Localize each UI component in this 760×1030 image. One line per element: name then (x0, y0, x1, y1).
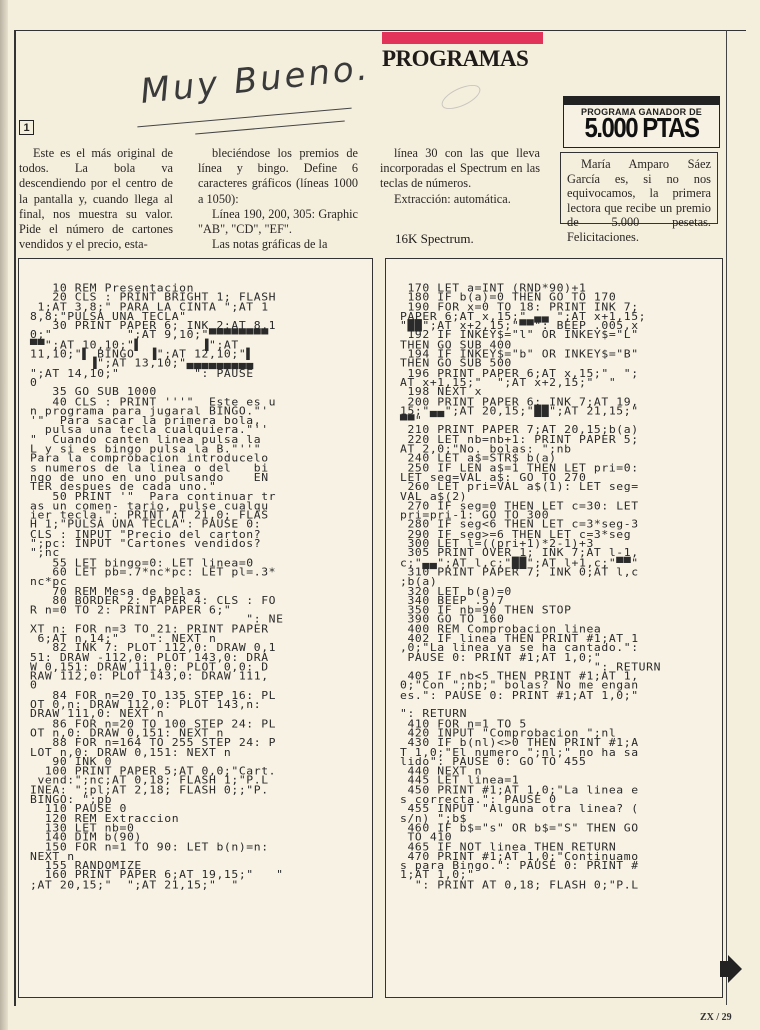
basic-listing-left: 10 REM Presentacion 20 CLS : PRINT BRIGH… (30, 283, 284, 889)
article-paragraph: Este es el más original de todos. La bol… (19, 146, 173, 252)
right-arrow-icon (728, 955, 742, 983)
article-paragraph: Línea 190, 200, 305: Graphic "AB", "CD",… (198, 207, 358, 237)
prize-badge-amount: 5.000 PTAS (564, 115, 719, 143)
article-column-3: línea 30 con las que lleva incorporadas … (380, 146, 540, 207)
basic-listing-right: 170 LET a=INT (RND*90)+1 180 IF b(a)=0 T… (400, 283, 661, 889)
prize-badge: PROGRAMA GANADOR DE 5.000 PTAS (563, 96, 720, 148)
page-folio: ZX / 29 (700, 1012, 732, 1023)
machine-spec: 16K Spectrum. (395, 231, 474, 247)
section-accent-bar (382, 32, 543, 44)
article-paragraph: bleciéndose los premios de línea y bingo… (198, 146, 358, 207)
article-paragraph: Extracción: automática. (380, 192, 540, 207)
article-column-1: Este es el más original de todos. La bol… (19, 146, 173, 252)
page-frame-right-rule (726, 30, 727, 1005)
program-number-badge: 1 (19, 120, 34, 135)
section-title: PROGRAMAS (382, 46, 528, 72)
page-spine (0, 0, 8, 1030)
winner-note-text: María Amparo Sáez García es, si no nos e… (567, 157, 711, 245)
article-paragraph: línea 30 con las que lleva incorporadas … (380, 146, 540, 192)
article-paragraph: Las notas gráficas de la (198, 237, 358, 252)
winner-note-box: María Amparo Sáez García es, si no nos e… (560, 152, 718, 224)
prize-badge-bar (564, 97, 719, 105)
article-column-2: bleciéndose los premios de línea y bingo… (198, 146, 358, 252)
